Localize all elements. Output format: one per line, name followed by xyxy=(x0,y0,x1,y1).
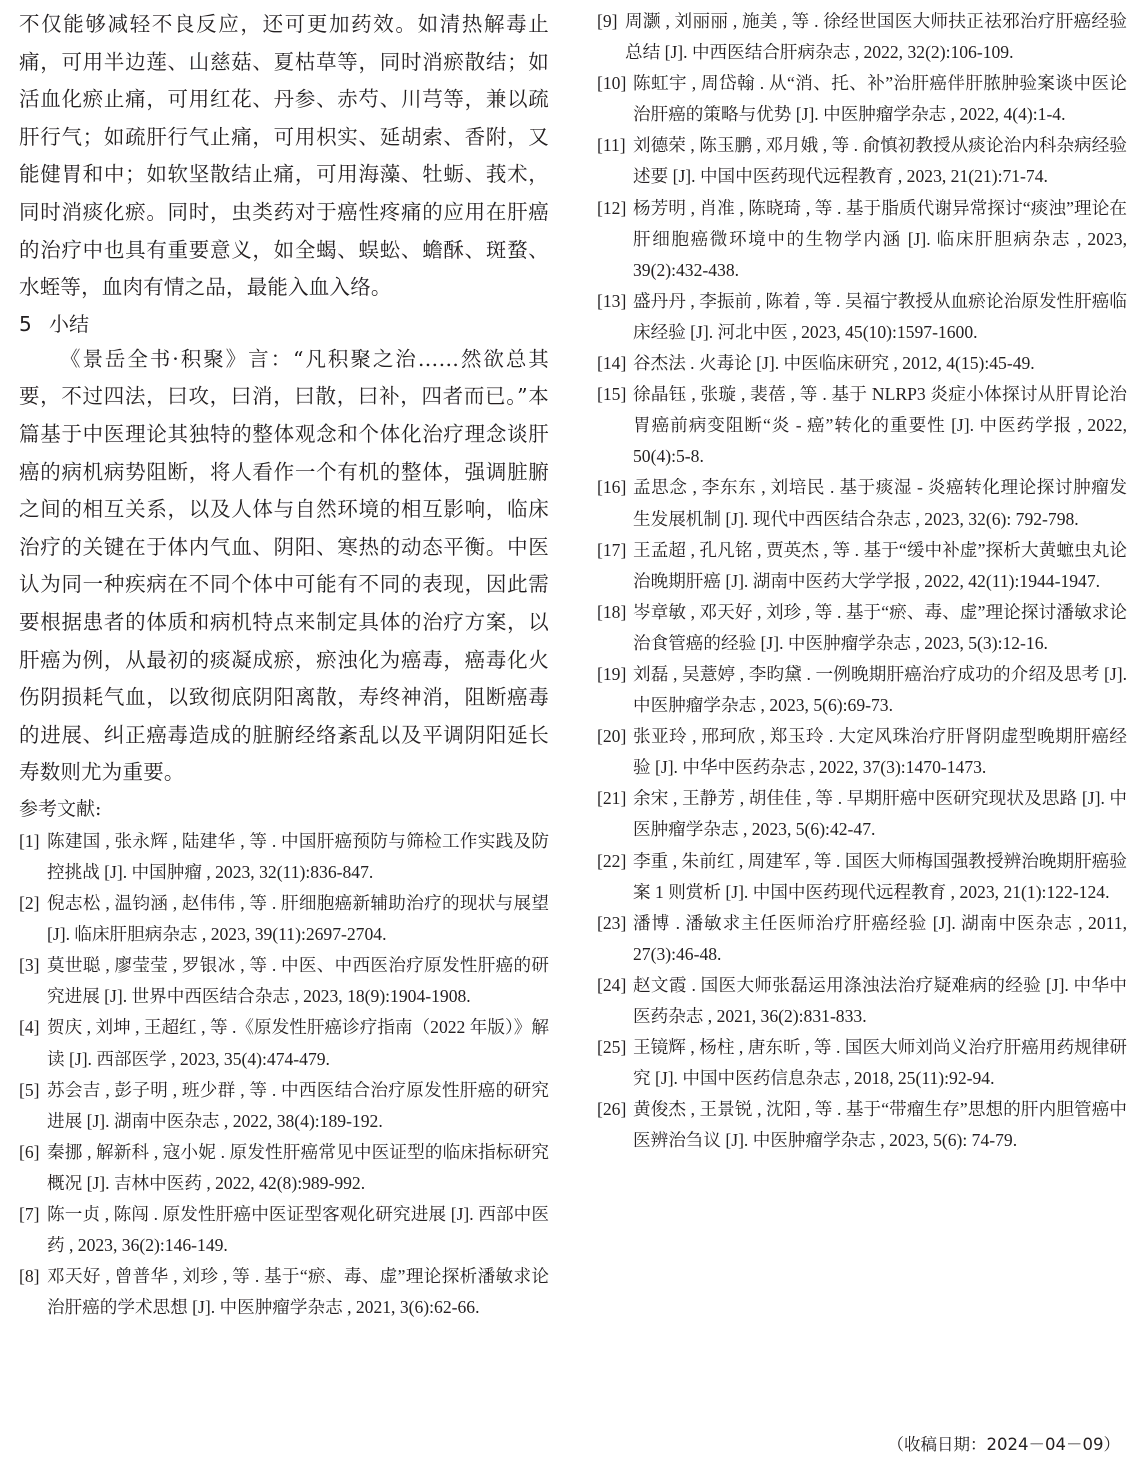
reference-text: 陈一贞 , 陈闯 . 原发性肝癌中医证型客观化研究进展 [J]. 西部中医药 ,… xyxy=(47,1199,549,1261)
reference-number: [20] xyxy=(597,721,633,752)
reference-item: [15]徐晶钰 , 张璇 , 裴蓓 , 等 . 基于 NLRP3 炎症小体探讨从… xyxy=(597,379,1127,472)
reference-number: [11] xyxy=(597,130,633,161)
reference-item: [7]陈一贞 , 陈闯 . 原发性肝癌中医证型客观化研究进展 [J]. 西部中医… xyxy=(19,1199,549,1261)
reference-text: 孟思念 , 李东东 , 刘培民 . 基于痰湿 - 炎癌转化理论探讨肿瘤发生发展机… xyxy=(633,472,1127,534)
reference-text: 徐晶钰 , 张璇 , 裴蓓 , 等 . 基于 NLRP3 炎症小体探讨从肝胃论治… xyxy=(633,379,1127,472)
received-date: （收稿日期：2024－04－09） xyxy=(888,1433,1120,1457)
reference-text: 盛丹丹 , 李振前 , 陈着 , 等 . 吴福宁教授从血瘀论治原发性肝癌临床经验… xyxy=(633,286,1127,348)
reference-number: [7] xyxy=(19,1199,47,1230)
reference-list-right: [9]周灏 , 刘丽丽 , 施美 , 等 . 徐经世国医大师扶正祛邪治疗肝癌经验… xyxy=(597,6,1127,1156)
reference-item: [5]苏会吉 , 彭子明 , 班少群 , 等 . 中西医结合治疗原发性肝癌的研究… xyxy=(19,1075,549,1137)
reference-text: 杨芳明 , 肖准 , 陈晓琦 , 等 . 基于脂质代谢异常探讨“痰浊”理论在肝细… xyxy=(633,193,1127,286)
summary-paragraph: 《景岳全书·积聚》言：“凡积聚之治……然欲总其要，不过四法，曰攻，曰消，曰散，曰… xyxy=(19,341,549,792)
reference-item: [6]秦挪 , 解新科 , 寇小妮 . 原发性肝癌常见中医证型的临床指标研究概况… xyxy=(19,1137,549,1199)
reference-item: [11]刘德荣 , 陈玉鹏 , 邓月娥 , 等 . 俞慎初教授从痰论治内科杂病经… xyxy=(597,130,1127,192)
left-column: 不仅能够减轻不良反应，还可更加药效。如清热解毒止痛，可用半边莲、山慈菇、夏枯草等… xyxy=(19,6,549,1323)
reference-text: 苏会吉 , 彭子明 , 班少群 , 等 . 中西医结合治疗原发性肝癌的研究进展 … xyxy=(47,1075,549,1137)
reference-text: 潘博 . 潘敏求主任医师治疗肝癌经验 [J]. 湖南中医杂志 , 2011, 2… xyxy=(633,908,1127,970)
reference-number: [14] xyxy=(597,348,633,379)
reference-text: 余宋 , 王静芳 , 胡佳佳 , 等 . 早期肝癌中医研究现状及思路 [J]. … xyxy=(633,783,1127,845)
reference-number: [1] xyxy=(19,826,47,857)
reference-item: [22]李重 , 朱前红 , 周建军 , 等 . 国医大师梅国强教授辨治晚期肝癌… xyxy=(597,846,1127,908)
reference-number: [18] xyxy=(597,597,633,628)
reference-text: 刘磊 , 吴薏婷 , 李昀黛 . 一例晚期肝癌治疗成功的介绍及思考 [J]. 中… xyxy=(633,659,1127,721)
reference-number: [13] xyxy=(597,286,633,317)
reference-number: [26] xyxy=(597,1094,633,1125)
reference-item: [17]王孟超 , 孔凡铭 , 贾英杰 , 等 . 基于“缓中补虚”探析大黄蟅虫… xyxy=(597,535,1127,597)
reference-text: 王孟超 , 孔凡铭 , 贾英杰 , 等 . 基于“缓中补虚”探析大黄蟅虫丸论治晚… xyxy=(633,535,1127,597)
reference-item: [3]莫世聪 , 廖莹莹 , 罗银冰 , 等 . 中医、中西医治疗原发性肝癌的研… xyxy=(19,950,549,1012)
section-title: 小结 xyxy=(49,312,89,336)
reference-text: 谷杰法 . 火毒论 [J]. 中医临床研究 , 2012, 4(15):45-4… xyxy=(633,348,1127,379)
reference-item: [12]杨芳明 , 肖准 , 陈晓琦 , 等 . 基于脂质代谢异常探讨“痰浊”理… xyxy=(597,193,1127,286)
reference-text: 邓天好 , 曾普华 , 刘珍 , 等 . 基于“瘀、毒、虚”理论探析潘敏求论治肝… xyxy=(47,1261,549,1323)
reference-text: 周灏 , 刘丽丽 , 施美 , 等 . 徐经世国医大师扶正祛邪治疗肝癌经验总结 … xyxy=(625,6,1127,68)
reference-number: [22] xyxy=(597,846,633,877)
reference-item: [9]周灏 , 刘丽丽 , 施美 , 等 . 徐经世国医大师扶正祛邪治疗肝癌经验… xyxy=(597,6,1127,68)
reference-text: 岑章敏 , 邓天好 , 刘珍 , 等 . 基于“瘀、毒、虚”理论探讨潘敏求论治食… xyxy=(633,597,1127,659)
reference-text: 倪志松 , 温钧涵 , 赵伟伟 , 等 . 肝细胞癌新辅助治疗的现状与展望 [J… xyxy=(47,888,549,950)
reference-item: [14]谷杰法 . 火毒论 [J]. 中医临床研究 , 2012, 4(15):… xyxy=(597,348,1127,379)
reference-text: 李重 , 朱前红 , 周建军 , 等 . 国医大师梅国强教授辨治晚期肝癌验案 1… xyxy=(633,846,1127,908)
reference-item: [20]张亚玲 , 邢珂欣 , 郑玉玲 . 大定风珠治疗肝肾阴虚型晚期肝癌经验 … xyxy=(597,721,1127,783)
reference-text: 黄俊杰 , 王景锐 , 沈阳 , 等 . 基于“带瘤生存”思想的肝内胆管癌中医辨… xyxy=(633,1094,1127,1156)
references-heading: 参考文献: xyxy=(19,792,549,826)
reference-number: [3] xyxy=(19,950,47,981)
reference-number: [16] xyxy=(597,472,633,503)
reference-number: [10] xyxy=(597,68,633,99)
reference-item: [21]余宋 , 王静芳 , 胡佳佳 , 等 . 早期肝癌中医研究现状及思路 [… xyxy=(597,783,1127,845)
reference-number: [4] xyxy=(19,1012,47,1043)
reference-item: [18]岑章敏 , 邓天好 , 刘珍 , 等 . 基于“瘀、毒、虚”理论探讨潘敏… xyxy=(597,597,1127,659)
reference-item: [1]陈建国 , 张永辉 , 陆建华 , 等 . 中国肝癌预防与筛检工作实践及防… xyxy=(19,826,549,888)
reference-number: [5] xyxy=(19,1075,47,1106)
reference-text: 张亚玲 , 邢珂欣 , 郑玉玲 . 大定风珠治疗肝肾阴虚型晚期肝癌经验 [J].… xyxy=(633,721,1127,783)
body-paragraph-continuation: 不仅能够减轻不良反应，还可更加药效。如清热解毒止痛，可用半边莲、山慈菇、夏枯草等… xyxy=(19,6,549,307)
reference-number: [9] xyxy=(597,6,625,37)
reference-text: 莫世聪 , 廖莹莹 , 罗银冰 , 等 . 中医、中西医治疗原发性肝癌的研究进展… xyxy=(47,950,549,1012)
reference-item: [2]倪志松 , 温钧涵 , 赵伟伟 , 等 . 肝细胞癌新辅助治疗的现状与展望… xyxy=(19,888,549,950)
reference-number: [2] xyxy=(19,888,47,919)
reference-item: [13]盛丹丹 , 李振前 , 陈着 , 等 . 吴福宁教授从血瘀论治原发性肝癌… xyxy=(597,286,1127,348)
reference-item: [19]刘磊 , 吴薏婷 , 李昀黛 . 一例晚期肝癌治疗成功的介绍及思考 [J… xyxy=(597,659,1127,721)
reference-text: 秦挪 , 解新科 , 寇小妮 . 原发性肝癌常见中医证型的临床指标研究概况 [J… xyxy=(47,1137,549,1199)
reference-text: 王镜辉 , 杨柱 , 唐东昕 , 等 . 国医大师刘尚义治疗肝癌用药规律研究 [… xyxy=(633,1032,1127,1094)
reference-item: [16]孟思念 , 李东东 , 刘培民 . 基于痰湿 - 炎癌转化理论探讨肿瘤发… xyxy=(597,472,1127,534)
reference-list-left: [1]陈建国 , 张永辉 , 陆建华 , 等 . 中国肝癌预防与筛检工作实践及防… xyxy=(19,826,549,1324)
reference-item: [4]贺庆 , 刘坤 , 王超红 , 等 .《原发性肝癌诊疗指南（2022 年版… xyxy=(19,1012,549,1074)
reference-number: [12] xyxy=(597,193,633,224)
right-column: [9]周灏 , 刘丽丽 , 施美 , 等 . 徐经世国医大师扶正祛邪治疗肝癌经验… xyxy=(597,6,1127,1156)
reference-text: 赵文霞 . 国医大师张磊运用涤浊法治疗疑难病的经验 [J]. 中华中医药杂志 ,… xyxy=(633,970,1127,1032)
reference-number: [24] xyxy=(597,970,633,1001)
reference-number: [21] xyxy=(597,783,633,814)
reference-number: [19] xyxy=(597,659,633,690)
reference-number: [15] xyxy=(597,379,633,410)
reference-text: 陈建国 , 张永辉 , 陆建华 , 等 . 中国肝癌预防与筛检工作实践及防控挑战… xyxy=(47,826,549,888)
reference-number: [6] xyxy=(19,1137,47,1168)
reference-number: [25] xyxy=(597,1032,633,1063)
reference-item: [24]赵文霞 . 国医大师张磊运用涤浊法治疗疑难病的经验 [J]. 中华中医药… xyxy=(597,970,1127,1032)
reference-number: [23] xyxy=(597,908,633,939)
section-number: 5 xyxy=(19,307,49,341)
reference-item: [10]陈虹宇 , 周岱翰 . 从“消、托、补”治肝癌伴肝脓肿验案谈中医论治肝癌… xyxy=(597,68,1127,130)
reference-item: [8]邓天好 , 曾普华 , 刘珍 , 等 . 基于“瘀、毒、虚”理论探析潘敏求… xyxy=(19,1261,549,1323)
reference-item: [25]王镜辉 , 杨柱 , 唐东昕 , 等 . 国医大师刘尚义治疗肝癌用药规律… xyxy=(597,1032,1127,1094)
reference-text: 贺庆 , 刘坤 , 王超红 , 等 .《原发性肝癌诊疗指南（2022 年版）》解… xyxy=(47,1012,549,1074)
reference-number: [17] xyxy=(597,535,633,566)
reference-text: 陈虹宇 , 周岱翰 . 从“消、托、补”治肝癌伴肝脓肿验案谈中医论治肝癌的策略与… xyxy=(633,68,1127,130)
reference-text: 刘德荣 , 陈玉鹏 , 邓月娥 , 等 . 俞慎初教授从痰论治内科杂病经验述要 … xyxy=(633,130,1127,192)
reference-item: [23]潘博 . 潘敏求主任医师治疗肝癌经验 [J]. 湖南中医杂志 , 201… xyxy=(597,908,1127,970)
reference-item: [26]黄俊杰 , 王景锐 , 沈阳 , 等 . 基于“带瘤生存”思想的肝内胆管… xyxy=(597,1094,1127,1156)
reference-number: [8] xyxy=(19,1261,47,1292)
section-heading: 5小结 xyxy=(19,307,549,341)
